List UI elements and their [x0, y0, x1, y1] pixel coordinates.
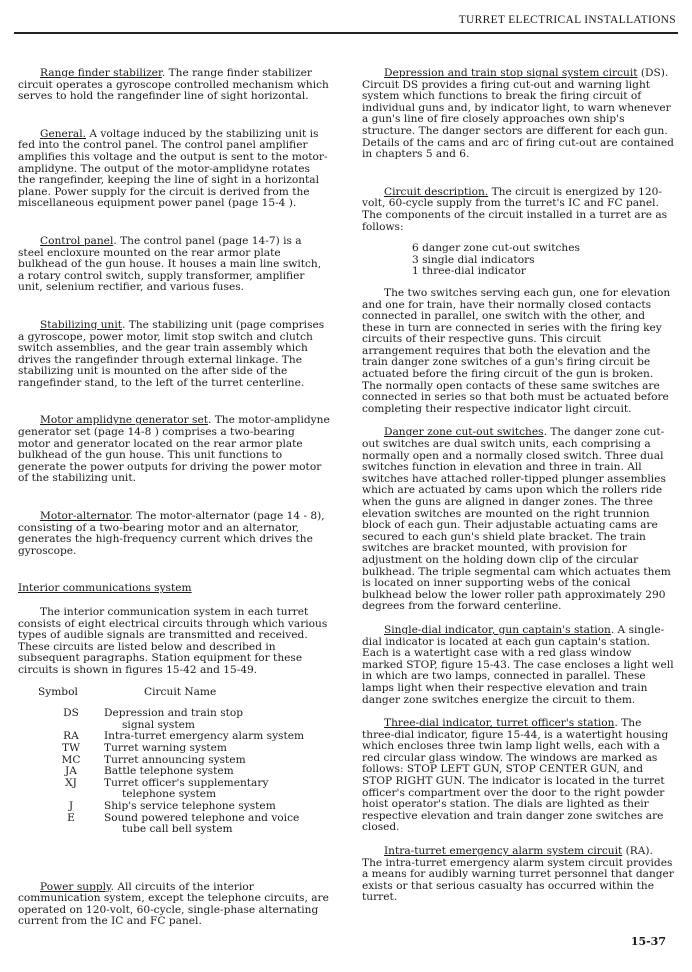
- ds-circuit-paragraph: Depression and train stop signal system …: [362, 68, 674, 161]
- range-finder-heading: Range finder stabilizer: [40, 67, 162, 79]
- running-header: TURRET ELECTRICAL INSTALLATIONS: [14, 14, 678, 34]
- switches-paragraph: The two switches serving each gun, one f…: [362, 288, 674, 416]
- symbol-cell: XJ: [38, 778, 104, 801]
- left-column: Range finder stabilizer. The range finde…: [18, 68, 330, 928]
- stabilizing-unit-heading: Stabilizing unit: [40, 319, 122, 331]
- symbol-cell: J: [38, 801, 104, 813]
- power-supply-paragraph: Power supply. All circuits of the interi…: [18, 882, 330, 928]
- table-row: DS Depression and train stopsignal syste…: [38, 708, 304, 731]
- page-number: 15-37: [631, 935, 666, 948]
- range-finder-paragraph: Range finder stabilizer. The range finde…: [18, 68, 330, 103]
- general-body: A voltage induced by the stabilizing uni…: [18, 128, 328, 210]
- list-item: 1 three-dial indicator: [412, 266, 674, 278]
- interior-comm-title: Interior communications system: [18, 583, 330, 595]
- right-column: Depression and train stop signal system …: [362, 68, 674, 904]
- symbol-cell: JA: [38, 766, 104, 778]
- list-item: 6 danger zone cut-out switches: [412, 243, 674, 255]
- circuit-name-cell: Sound powered telephone and voice: [104, 812, 299, 824]
- general-paragraph: General. A voltage induced by the stabil…: [18, 129, 330, 210]
- stabilizing-unit-paragraph: Stabilizing unit. The stabilizing unit (…: [18, 320, 330, 390]
- interior-comm-body: The interior communication system in eac…: [18, 607, 330, 677]
- circuit-name-cell: Turret warning system: [104, 743, 304, 755]
- control-panel-heading: Control panel: [40, 235, 113, 247]
- motor-amplidyne-paragraph: Motor amplidyne generator set. The motor…: [18, 415, 330, 485]
- motor-amplidyne-heading: Motor amplidyne generator set: [40, 414, 208, 426]
- circuit-name-cell: Turret officer's supplementary: [104, 777, 268, 789]
- table-row: TW Turret warning system: [38, 743, 304, 755]
- symbol-cell: E: [38, 813, 104, 836]
- circuit-name-cell: Depression and train stop: [104, 707, 243, 719]
- circuit-name-continuation: tube call bell system: [104, 824, 304, 836]
- circuit-symbol-table: Symbol Circuit Name DS Depression and tr…: [38, 687, 304, 836]
- general-heading: General.: [40, 128, 86, 140]
- three-dial-heading: Three-dial indicator, turret officer's s…: [384, 717, 614, 729]
- components-list: 6 danger zone cut-out switches 3 single …: [412, 243, 674, 278]
- circuit-description-heading: Circuit description.: [384, 186, 488, 198]
- ds-circuit-heading: Depression and train stop signal system …: [384, 67, 638, 79]
- table-row: E Sound powered telephone and voicetube …: [38, 813, 304, 836]
- single-dial-heading: Single-dial indicator, gun captain's sta…: [384, 624, 611, 636]
- ra-circuit-paragraph: Intra-turret emergency alarm system circ…: [362, 846, 674, 904]
- three-dial-body: . The three-dial indicator, figure 15-44…: [362, 717, 668, 833]
- control-panel-paragraph: Control panel. The control panel (page 1…: [18, 236, 330, 294]
- symbol-cell: DS: [38, 708, 104, 731]
- single-dial-paragraph: Single-dial indicator, gun captain's sta…: [362, 625, 674, 706]
- danger-zone-paragraph: Danger zone cut-out switches. The danger…: [362, 427, 674, 613]
- header-title: TURRET ELECTRICAL INSTALLATIONS: [459, 14, 676, 26]
- motor-alternator-heading: Motor-alternator: [40, 510, 129, 522]
- motor-alternator-paragraph: Motor-alternator. The motor-alternator (…: [18, 511, 330, 557]
- circuit-name-column-header: Circuit Name: [104, 687, 304, 709]
- ra-circuit-heading: Intra-turret emergency alarm system circ…: [384, 845, 622, 857]
- power-supply-heading: Power supply: [40, 881, 111, 893]
- ds-circuit-body: (DS). Circuit DS provides a firing cut-o…: [362, 67, 674, 160]
- table-row: XJ Turret officer's supplementarytelepho…: [38, 778, 304, 801]
- circuit-description-paragraph: Circuit description. The circuit is ener…: [362, 187, 674, 233]
- three-dial-paragraph: Three-dial indicator, turret officer's s…: [362, 718, 674, 834]
- danger-zone-heading: Danger zone cut-out switches: [384, 426, 544, 438]
- single-dial-body: . A single-dial indicator is located at …: [362, 624, 674, 706]
- symbol-column-header: Symbol: [38, 687, 104, 709]
- danger-zone-body: . The danger zone cut-out switches are d…: [362, 426, 671, 612]
- symbol-cell: TW: [38, 743, 104, 755]
